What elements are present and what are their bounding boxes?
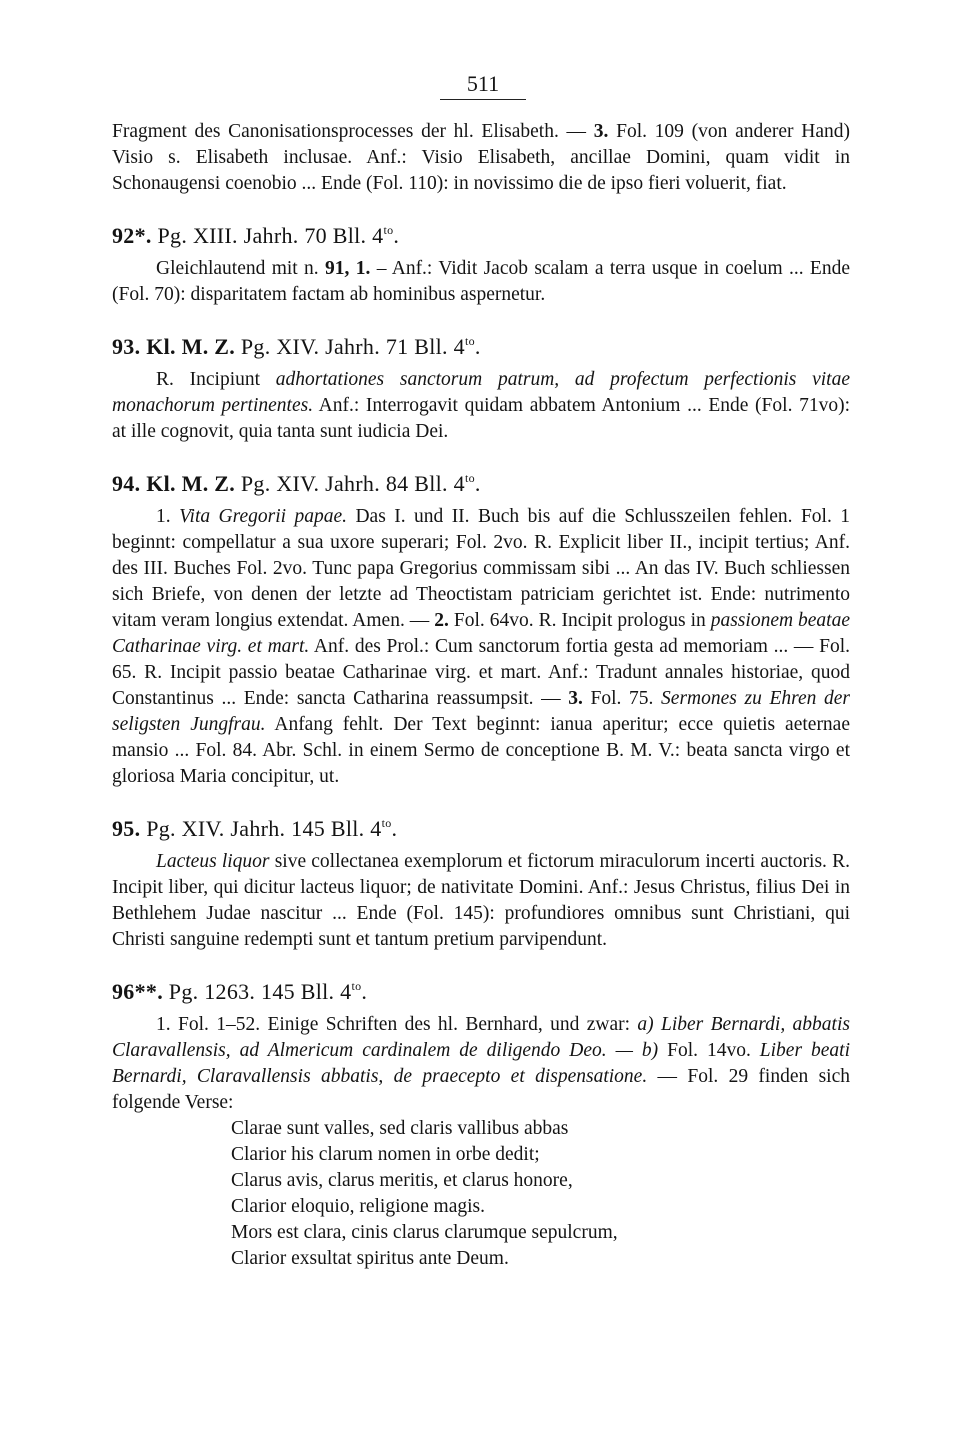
entry-body-94: 1. Vita Gregorii papae. Das I. und II. B… [112,504,850,790]
entry-heading-93: 93. Kl. M. Z. Pg. XIV. Jahrh. 71 Bll. 4t… [112,327,850,361]
verse-line: Clarior his clarum nomen in orbe dedit; [231,1142,850,1168]
verse-line: Clarus avis, clarus meritis, et clarus h… [231,1168,850,1194]
verse-block: Clarae sunt valles, sed claris vallibus … [231,1116,850,1272]
entry-body-95: Lacteus liquor sive collectanea exemplor… [112,849,850,953]
entry-body-96: 1. Fol. 1–52. Einige Schriften des hl. B… [112,1012,850,1116]
page-number-rule [440,99,526,100]
verse-line: Mors est clara, cinis clarus clarumque s… [231,1220,850,1246]
verse-line: Clarior exsultat spiritus ante Deum. [231,1246,850,1272]
entry-heading-96: 96**. Pg. 1263. 145 Bll. 4to. [112,972,850,1006]
verse-line: Clarae sunt valles, sed claris vallibus … [231,1116,850,1142]
entry-body-92: Gleichlautend mit n. 91, 1. – Anf.: Vidi… [112,256,850,308]
entry-body-93: R. Incipiunt adhortationes sanctorum pat… [112,367,850,445]
entry-heading-92: 92*. Pg. XIII. Jahrh. 70 Bll. 4to. [112,216,850,250]
intro-paragraph: Fragment des Canonisationsprocesses der … [112,119,850,197]
page-body: Fragment des Canonisationsprocesses der … [112,119,850,1272]
entry-heading-95: 95. Pg. XIV. Jahrh. 145 Bll. 4to. [112,809,850,843]
page-number: 511 [440,70,526,98]
verse-line: Clarior eloquio, religione magis. [231,1194,850,1220]
entry-heading-94: 94. Kl. M. Z. Pg. XIV. Jahrh. 84 Bll. 4t… [112,464,850,498]
